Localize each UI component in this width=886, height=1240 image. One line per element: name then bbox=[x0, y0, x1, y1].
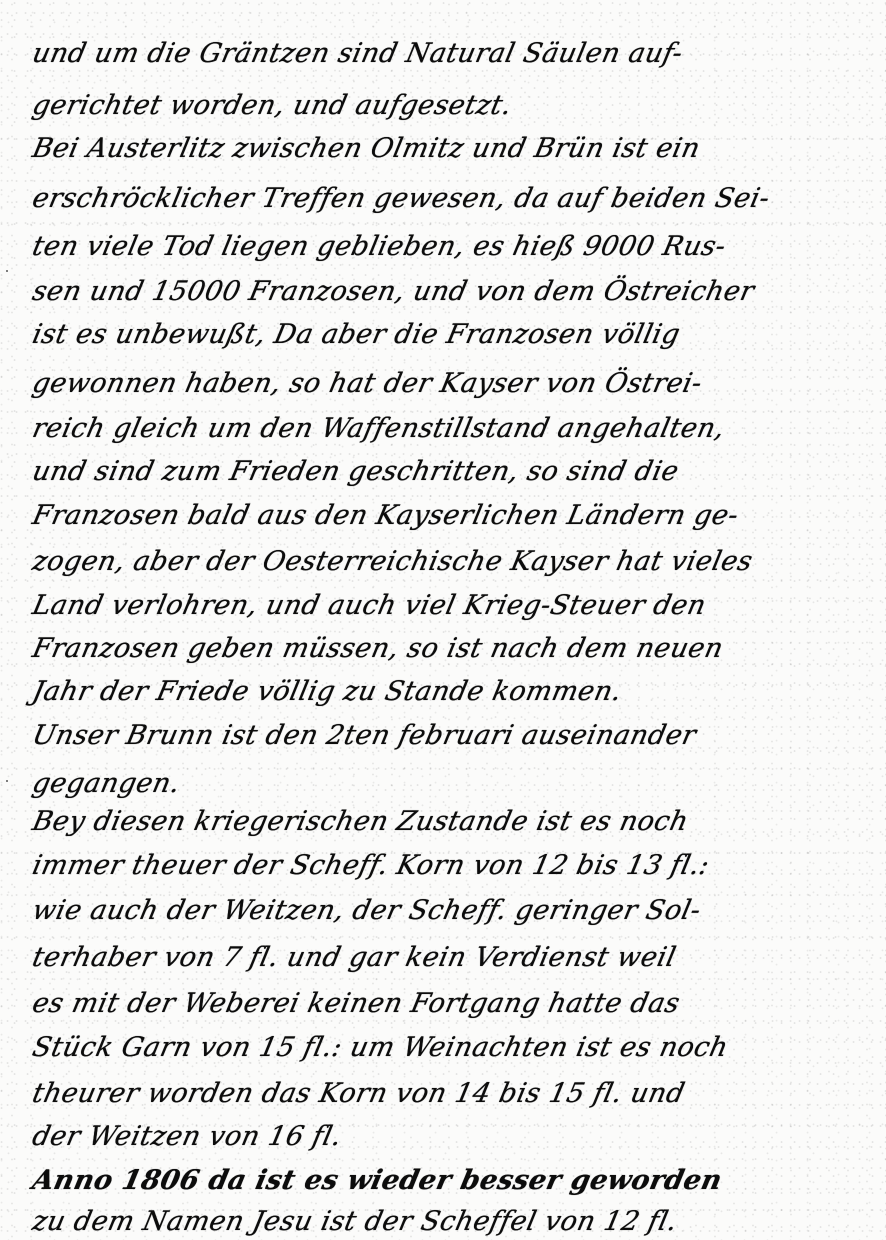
manuscript-line-3: Bei Austerlitz zwischen Olmitz und Brün … bbox=[30, 135, 882, 162]
manuscript-line-6: sen und 15000 Franzosen, und von dem Öst… bbox=[30, 278, 882, 305]
manuscript-line-23: Stück Garn von 15 fl.: um Weinachten ist… bbox=[30, 1034, 882, 1061]
manuscript-line-1: und um die Gräntzen sind Natural Säulen … bbox=[30, 40, 882, 67]
manuscript-line-22: es mit der Weberei keinen Fortgang hatte… bbox=[30, 990, 882, 1017]
manuscript-line-15: Jahr der Friede völlig zu Stande kommen. bbox=[30, 678, 882, 705]
manuscript-line-11: Franzosen bald aus den Kayserlichen Länd… bbox=[30, 502, 882, 529]
manuscript-line-7: ist es unbewußt, Da aber die Franzosen v… bbox=[30, 321, 882, 348]
manuscript-line-5: ten viele Tod liegen geblieben, es hieß … bbox=[30, 233, 882, 260]
manuscript-line-2: gerichtet worden, und aufgesetzt. bbox=[30, 92, 882, 119]
manuscript-line-8: gewonnen haben, so hat der Kayser von Ös… bbox=[30, 370, 882, 397]
manuscript-line-12: zogen, aber der Oesterreichische Kayser … bbox=[30, 548, 882, 575]
manuscript-line-27: zu dem Namen Jesu ist der Scheffel von 1… bbox=[30, 1208, 882, 1235]
manuscript-line-14: Franzosen geben müssen, so ist nach dem … bbox=[30, 635, 882, 662]
manuscript-page: und um die Gräntzen sind Natural Säulen … bbox=[0, 0, 886, 1240]
manuscript-line-4: erschröcklicher Treffen gewesen, da auf … bbox=[30, 185, 882, 212]
manuscript-line-26: Anno 1806 da ist es wieder besser geword… bbox=[30, 1167, 882, 1194]
manuscript-line-10: und sind zum Frieden geschritten, so sin… bbox=[30, 458, 882, 485]
manuscript-line-9: reich gleich um den Waffenstillstand ang… bbox=[30, 415, 882, 442]
manuscript-line-19: immer theuer der Scheff. Korn von 12 bis… bbox=[30, 852, 882, 879]
margin-speck bbox=[6, 780, 8, 782]
manuscript-line-17: gegangen. bbox=[30, 770, 882, 797]
margin-speck bbox=[6, 270, 8, 272]
manuscript-line-24: theurer worden das Korn von 14 bis 15 fl… bbox=[30, 1080, 882, 1107]
manuscript-line-18: Bey diesen kriegerischen Zustande ist es… bbox=[30, 808, 882, 835]
manuscript-line-25: der Weitzen von 16 fl. bbox=[30, 1123, 882, 1150]
manuscript-line-20: wie auch der Weitzen, der Scheff. gering… bbox=[30, 897, 882, 924]
manuscript-line-16: Unser Brunn ist den 2ten februari ausein… bbox=[30, 722, 882, 749]
manuscript-line-21: terhaber von 7 fl. und gar kein Verdiens… bbox=[30, 944, 882, 971]
manuscript-line-13: Land verlohren, und auch viel Krieg-Steu… bbox=[30, 592, 882, 619]
